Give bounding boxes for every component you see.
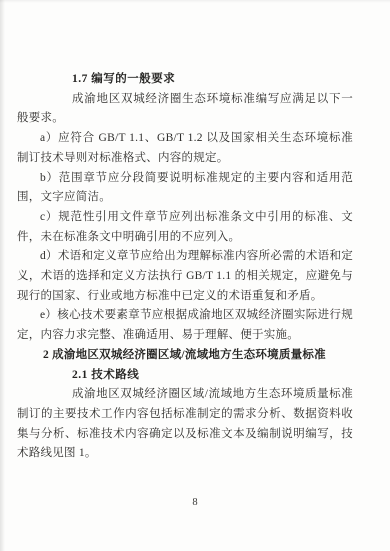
subsection-heading: 2.1 技术路线 xyxy=(17,366,353,386)
list-paragraph: c）规范性引用文件章节应列出标准条文中引用的标准、文件，未在标准条文中明确引用的… xyxy=(17,208,353,247)
paragraph: 成渝地区双城经济圈生态环境标准编写应满足以下一般要求。 xyxy=(17,90,353,129)
subsection-heading: 1.7 编写的一般要求 xyxy=(17,70,353,90)
page-number: 8 xyxy=(0,497,390,508)
scan-edge-shading-top xyxy=(0,0,390,3)
scan-edge-shading xyxy=(0,0,5,551)
list-paragraph: e）核心技术要素章节应根据成渝地区双城经济圈实际进行规定，内容力求完整、准确适用… xyxy=(17,306,353,345)
paragraph: 成渝地区双城经济圈区域/流域地方生态环境质量标准制订的主要技术工作内容包括标准制… xyxy=(17,385,353,464)
document-page: 1.7 编写的一般要求成渝地区双城经济圈生态环境标准编写应满足以下一般要求。a）… xyxy=(0,0,390,551)
list-paragraph: b）范围章节应分段简要说明标准规定的主要内容和适用范围，文字应简洁。 xyxy=(17,169,353,208)
chapter-heading: 2 成渝地区双城经济圈区域/流域地方生态环境质量标准 xyxy=(17,346,353,366)
list-paragraph: a）应符合 GB/T 1.1、GB/T 1.2 以及国家相关生态环境标准制订技术… xyxy=(17,129,353,168)
list-paragraph: d）术语和定义章节应给出为理解标准内容所必需的术语和定义，术语的选择和定义方法执… xyxy=(17,247,353,306)
document-body: 1.7 编写的一般要求成渝地区双城经济圈生态环境标准编写应满足以下一般要求。a）… xyxy=(17,70,353,464)
